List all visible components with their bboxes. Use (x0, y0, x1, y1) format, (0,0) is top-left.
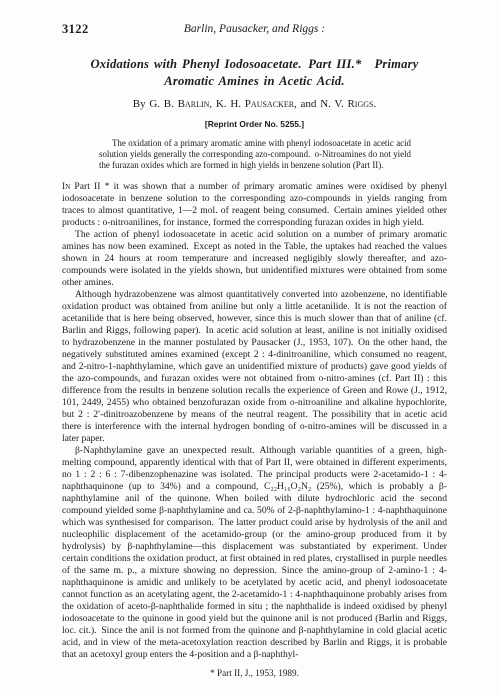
abstract: The oxidation of a primary aromatic amin… (99, 138, 411, 170)
article-title-line-1: Oxidations with Phenyl Iodosoacetate. Pa… (90, 57, 418, 71)
paragraph-text: Part II * it was shown that a number of … (62, 181, 447, 228)
paragraph: The action of phenyl iodosoacetate in ac… (62, 229, 447, 289)
article-body: In Part II * it was shown that a number … (62, 181, 447, 661)
paragraph: In Part II * it was shown that a number … (62, 181, 447, 229)
article-title-line-2: Aromatic Amines in Acetic Acid. (164, 74, 344, 88)
paragraph: β-Naphthylamine gave an unexpected resul… (62, 445, 447, 661)
paragraph: Although hydrazobenzene was almost quant… (62, 289, 447, 445)
author-name: K. H. Pausacker (216, 98, 294, 110)
article-title: Oxidations with Phenyl Iodosoacetate. Pa… (62, 56, 447, 89)
running-head: Barlin, Pausacker, and Riggs : (184, 23, 325, 35)
author-name: N. V. Riggs (320, 98, 373, 110)
reprint-order: [Reprint Order No. 5255.] (62, 119, 447, 129)
footnote: * Part II, J., 1953, 1989. (62, 668, 447, 679)
byline-separator: , and (294, 98, 320, 110)
paragraph-lead: In (62, 181, 70, 192)
page-header: 3122 Barlin, Pausacker, and Riggs : (62, 22, 447, 36)
byline: By G. B. Barlin, K. H. Pausacker, and N.… (62, 98, 447, 111)
byline-suffix: . (373, 98, 376, 110)
journal-page: 3122 Barlin, Pausacker, and Riggs : Oxid… (0, 0, 500, 696)
author-name: G. B. Barlin (149, 98, 209, 110)
byline-prefix: By (133, 98, 150, 110)
page-number: 3122 (62, 22, 89, 36)
